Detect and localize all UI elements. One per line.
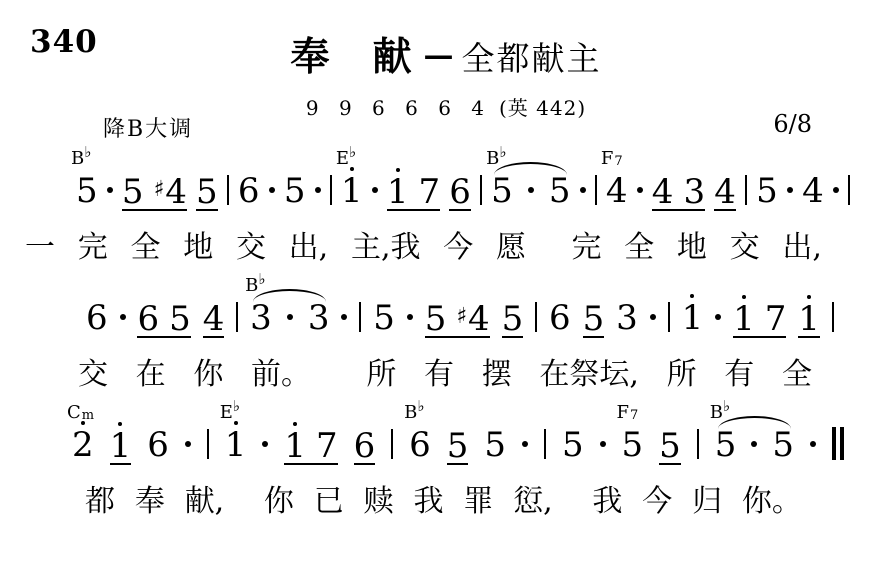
augmentation-dot bbox=[751, 441, 757, 447]
augmentation-dot bbox=[120, 314, 126, 320]
chord-token: E♭1 bbox=[225, 428, 247, 462]
lyric-char: 有 bbox=[424, 360, 454, 390]
sharp-accidental: ♯ bbox=[154, 177, 165, 202]
chord-root: F bbox=[601, 148, 614, 169]
augmentation-dot bbox=[262, 441, 268, 447]
music-line-2: 6654B♭3355♯456531171 bbox=[86, 277, 834, 335]
barline bbox=[832, 302, 834, 332]
beam-group: 43 bbox=[652, 175, 705, 211]
beam-group: 4 bbox=[714, 175, 736, 211]
flat-sign: ♭ bbox=[349, 143, 356, 161]
lyric-char: 出, bbox=[289, 233, 329, 263]
chord-token: F74 bbox=[606, 174, 628, 208]
chord-quality: 7 bbox=[614, 154, 622, 169]
note: 5 bbox=[484, 428, 506, 462]
note: 1 bbox=[110, 429, 132, 463]
lyric-char: 在 bbox=[136, 360, 166, 390]
octave-dot bbox=[118, 422, 122, 426]
flat-sign: ♭ bbox=[723, 397, 730, 415]
lyric-char: 完 bbox=[78, 233, 108, 263]
lyric-line-3: 都奉献,你已赎我罪愆,我今归你。 bbox=[85, 487, 802, 517]
note: 5 bbox=[622, 428, 644, 462]
flat-sign: ♭ bbox=[258, 270, 265, 288]
augmentation-dot bbox=[185, 441, 191, 447]
augmentation-dot bbox=[341, 314, 347, 320]
lyric-char: 交 bbox=[730, 233, 760, 263]
lyric-char: 我 bbox=[592, 487, 622, 517]
note: 1 bbox=[225, 428, 247, 462]
chord-token: B♭33 bbox=[250, 301, 329, 335]
note: 5 bbox=[425, 302, 447, 336]
tie-group: 33 bbox=[250, 301, 329, 335]
augmentation-dot bbox=[528, 187, 534, 193]
augmentation-dot bbox=[315, 187, 321, 193]
beam-group: 6 bbox=[354, 429, 376, 465]
barline bbox=[236, 302, 238, 332]
lyric-char: 归 bbox=[692, 487, 722, 517]
augmentation-dot bbox=[107, 187, 113, 193]
tie-group: 55 bbox=[715, 428, 794, 462]
barline bbox=[668, 302, 670, 332]
lyric-char: 愆, bbox=[513, 487, 553, 517]
note: 3 bbox=[308, 301, 330, 335]
lyric-char: 交 bbox=[78, 360, 108, 390]
barline bbox=[391, 429, 393, 459]
augmentation-dot bbox=[833, 187, 839, 193]
octave-dot bbox=[234, 421, 238, 425]
barline bbox=[832, 427, 836, 460]
lyric-char: 你 bbox=[193, 360, 223, 390]
lyric-char: 全 bbox=[782, 360, 812, 390]
note: 5 bbox=[196, 175, 218, 209]
octave-dot bbox=[742, 295, 746, 299]
chord-label: F7 bbox=[601, 150, 623, 168]
note: ♯4 bbox=[154, 175, 187, 209]
lyric-char: 地 bbox=[183, 233, 213, 263]
chord-token: B♭6 bbox=[409, 428, 431, 462]
lyric-char: 全 bbox=[624, 233, 654, 263]
chord-label: F7 bbox=[617, 404, 639, 422]
beam-group: 65 bbox=[137, 302, 190, 338]
beam-group: 17 bbox=[733, 302, 786, 338]
lyric-char: 出, bbox=[782, 233, 822, 263]
augmentation-dot bbox=[580, 187, 586, 193]
time-signature: 6/8 bbox=[773, 110, 812, 138]
hymn-meter: 9 9 6 6 6 4 bbox=[306, 96, 491, 120]
chord-token: B♭55 bbox=[715, 428, 794, 462]
note: 5 bbox=[284, 174, 306, 208]
hymn-sheet-page: 340 奉 献—全都献主 9 9 6 6 6 4(英 442) 降B大调 6/8… bbox=[0, 0, 892, 566]
chord-root: B bbox=[710, 402, 723, 423]
final-barline bbox=[832, 427, 844, 460]
note: 6 bbox=[137, 302, 159, 336]
lyric-char: 在祭坛, bbox=[539, 360, 639, 390]
beam-group: 5♯4 bbox=[425, 302, 490, 338]
lyric-char: 赎 bbox=[364, 487, 394, 517]
chord-root: B bbox=[404, 402, 417, 423]
barline bbox=[359, 302, 361, 332]
note: ♯4 bbox=[456, 302, 489, 336]
lyric-char: 一 bbox=[25, 233, 55, 263]
augmentation-dot bbox=[372, 187, 378, 193]
key-signature-label: 降B大调 bbox=[103, 112, 193, 143]
lyric-char: 今 bbox=[443, 233, 473, 263]
beam-group: 5 bbox=[502, 302, 524, 338]
chord-root: B bbox=[71, 148, 84, 169]
note: 5 bbox=[122, 175, 144, 209]
note: 6 bbox=[409, 428, 431, 462]
lyric-char: 我 bbox=[413, 487, 443, 517]
note: 6 bbox=[86, 301, 108, 335]
note: 5 bbox=[491, 174, 513, 208]
barline bbox=[535, 302, 537, 332]
augmentation-dot bbox=[287, 314, 293, 320]
hymn-reference: (英 442) bbox=[499, 96, 586, 120]
note: 4 bbox=[606, 174, 628, 208]
lyric-char: 今 bbox=[642, 487, 672, 517]
barline bbox=[227, 175, 229, 205]
note: 5 bbox=[715, 428, 737, 462]
note: 4 bbox=[652, 175, 674, 209]
beam-group: 17 bbox=[387, 175, 440, 211]
note: 3 bbox=[616, 301, 638, 335]
beam-group: 5 bbox=[583, 302, 605, 338]
lyric-char: 主,我 bbox=[351, 233, 421, 263]
lyric-char: 奉 bbox=[135, 487, 165, 517]
chord-label: B♭ bbox=[404, 404, 424, 422]
page-title: 奉 献 bbox=[290, 34, 413, 80]
tie-group: 55 bbox=[491, 174, 570, 208]
barline bbox=[697, 429, 699, 459]
octave-dot bbox=[350, 167, 354, 171]
flat-sign: ♭ bbox=[499, 143, 506, 161]
note: 6 bbox=[354, 429, 376, 463]
augmentation-dot bbox=[600, 441, 606, 447]
augmentation-dot bbox=[407, 314, 413, 320]
chord-label: B♭ bbox=[71, 150, 91, 168]
music-line-1: B♭55♯4565E♭1176B♭55F7443454 bbox=[76, 150, 850, 208]
beam-group: 5 bbox=[447, 429, 469, 465]
lyric-char: 交 bbox=[236, 233, 266, 263]
augmentation-dot bbox=[715, 314, 721, 320]
chord-token: Cm2 bbox=[72, 428, 94, 462]
lyric-line-1: 一完全地交出,主,我今愿完全地交出, bbox=[25, 233, 822, 263]
note: 4 bbox=[802, 174, 824, 208]
note: 5 bbox=[772, 428, 794, 462]
note: 5 bbox=[562, 428, 584, 462]
barline bbox=[480, 175, 482, 205]
beam-group: 5 bbox=[196, 175, 218, 211]
chord-root: B bbox=[245, 275, 258, 296]
augmentation-dot bbox=[522, 441, 528, 447]
note: 5 bbox=[373, 301, 395, 335]
note: 5 bbox=[169, 302, 191, 336]
lyric-char: 献, bbox=[185, 487, 225, 517]
title-dash: — bbox=[424, 38, 454, 73]
chord-token: B♭55 bbox=[491, 174, 570, 208]
chord-token: F75 bbox=[622, 428, 644, 462]
flat-sign: ♭ bbox=[417, 397, 424, 415]
note: 5 bbox=[447, 429, 469, 463]
barline bbox=[745, 175, 747, 205]
beam-group: 1 bbox=[110, 429, 132, 465]
note: 5 bbox=[549, 174, 571, 208]
barline bbox=[595, 175, 597, 205]
note: 1 bbox=[733, 302, 755, 336]
music-line-3: Cm216E♭1176B♭6555F755B♭55 bbox=[72, 404, 844, 462]
lyric-char: 罪 bbox=[463, 487, 493, 517]
note: 5 bbox=[756, 174, 778, 208]
beam-group: 5 bbox=[659, 429, 681, 465]
chord-label: Cm bbox=[67, 404, 94, 422]
note: 7 bbox=[765, 302, 787, 336]
chord-token: B♭5 bbox=[76, 174, 98, 208]
note: 5 bbox=[502, 302, 524, 336]
lyric-char: 有 bbox=[724, 360, 754, 390]
lyric-char: 愿 bbox=[496, 233, 526, 263]
octave-dot bbox=[81, 421, 85, 425]
title-row: 奉 献—全都献主 bbox=[0, 26, 892, 82]
augmentation-dot bbox=[650, 314, 656, 320]
octave-dot bbox=[293, 422, 297, 426]
note: 5 bbox=[583, 302, 605, 336]
beam-group: 5♯4 bbox=[122, 175, 187, 211]
note: 7 bbox=[418, 175, 440, 209]
augmentation-dot bbox=[269, 187, 275, 193]
octave-dot bbox=[690, 294, 694, 298]
note: 6 bbox=[449, 175, 471, 209]
chord-quality: 7 bbox=[630, 408, 638, 423]
note: 1 bbox=[387, 175, 409, 209]
note: 1 bbox=[798, 302, 820, 336]
chord-label: E♭ bbox=[336, 150, 356, 168]
lyric-char: 所 bbox=[366, 360, 396, 390]
note: 5 bbox=[76, 174, 98, 208]
octave-dot bbox=[807, 295, 811, 299]
chord-root: F bbox=[617, 402, 630, 423]
note: 4 bbox=[714, 175, 736, 209]
note: 1 bbox=[284, 429, 306, 463]
lyric-char: 你 bbox=[264, 487, 294, 517]
beam-group: 17 bbox=[284, 429, 337, 465]
chord-token: E♭1 bbox=[341, 174, 363, 208]
barline bbox=[207, 429, 209, 459]
lyric-char: 你。 bbox=[742, 487, 802, 517]
note: 3 bbox=[250, 301, 272, 335]
augmentation-dot bbox=[787, 187, 793, 193]
augmentation-dot bbox=[637, 187, 643, 193]
lyric-char: 全 bbox=[130, 233, 160, 263]
beam-group: 1 bbox=[798, 302, 820, 338]
barline bbox=[544, 429, 546, 459]
lyric-char: 完 bbox=[571, 233, 601, 263]
beam-group: 4 bbox=[203, 302, 225, 338]
flat-sign: ♭ bbox=[84, 143, 91, 161]
note: 2 bbox=[72, 428, 94, 462]
chord-label: E♭ bbox=[220, 404, 240, 422]
octave-dot bbox=[396, 168, 400, 172]
chord-root: E bbox=[336, 148, 349, 169]
lyric-char: 摆 bbox=[482, 360, 512, 390]
note: 6 bbox=[147, 428, 169, 462]
note: 3 bbox=[683, 175, 705, 209]
note: 5 bbox=[659, 429, 681, 463]
note: 4 bbox=[203, 302, 225, 336]
chord-root: B bbox=[486, 148, 499, 169]
lyric-char: 所 bbox=[667, 360, 697, 390]
note: 6 bbox=[549, 301, 571, 335]
note: 1 bbox=[341, 174, 363, 208]
lyric-char: 前。 bbox=[251, 360, 311, 390]
barline bbox=[840, 427, 844, 460]
beam-group: 6 bbox=[449, 175, 471, 211]
augmentation-dot bbox=[810, 441, 816, 447]
lyric-line-2: 交在你前。所有摆在祭坛,所有全 bbox=[78, 360, 812, 390]
chord-root: C bbox=[67, 402, 81, 423]
sharp-accidental: ♯ bbox=[456, 304, 467, 329]
chord-root: E bbox=[220, 402, 233, 423]
flat-sign: ♭ bbox=[233, 397, 240, 415]
barline bbox=[848, 175, 850, 205]
lyric-char: 已 bbox=[314, 487, 344, 517]
barline bbox=[330, 175, 332, 205]
lyric-char: 都 bbox=[85, 487, 115, 517]
note: 6 bbox=[238, 174, 260, 208]
note: 7 bbox=[316, 429, 338, 463]
page-subtitle: 全都献主 bbox=[462, 39, 602, 78]
note: 1 bbox=[682, 301, 704, 335]
lyric-char: 地 bbox=[677, 233, 707, 263]
